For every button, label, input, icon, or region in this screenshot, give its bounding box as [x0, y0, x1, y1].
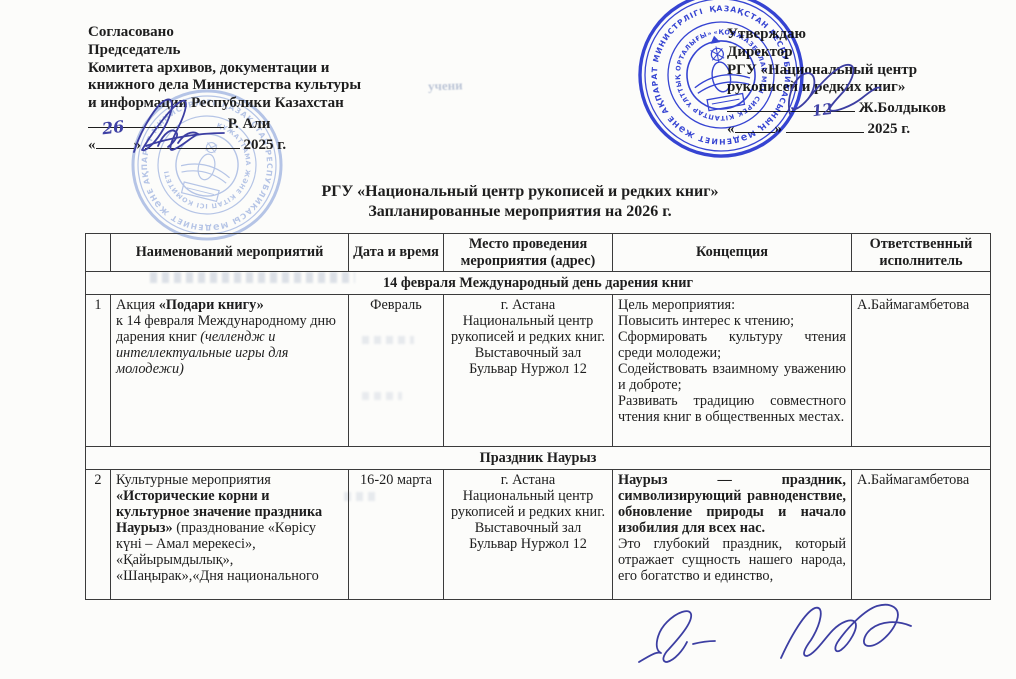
event-date: 16-20 марта: [349, 470, 444, 600]
col-header-num: [86, 234, 111, 272]
year-label: 2025 г.: [868, 121, 911, 137]
document-title: РГУ «Национальный центр рукописей и редк…: [70, 182, 970, 221]
section-row-nauryz: Праздник Наурыз: [86, 447, 991, 470]
month-blank: 12: [786, 118, 864, 133]
title-line-2: Запланированные мероприятия на 2026 г.: [70, 202, 970, 222]
event-responsible: А.Баймагамбетова: [852, 470, 991, 600]
event-place: г. Астана Национальный центр рукописей и…: [444, 295, 613, 447]
col-header-date: Дата и время: [349, 234, 444, 272]
approval-left-line: и информации Республики Казахстан: [88, 95, 468, 113]
day-blank: 26: [96, 134, 134, 149]
events-table: Наименований мероприятий Дата и время Ме…: [85, 233, 991, 600]
handwritten-day: 26: [100, 117, 124, 137]
event-name: Акция «Подари книгу» к 14 февраля Междун…: [111, 295, 349, 447]
approval-left-line: Комитета архивов, документации и: [88, 60, 468, 78]
approval-right-line: Директор: [727, 44, 977, 62]
section-title: Праздник Наурыз: [86, 447, 991, 470]
table-header-row: Наименований мероприятий Дата и время Ме…: [86, 234, 991, 272]
col-header-place: Место проведения мероприятия (адрес): [444, 234, 613, 272]
event-number: 1: [86, 295, 111, 447]
event-date: Февраль: [349, 295, 444, 447]
col-header-name: Наименований мероприятий: [111, 234, 349, 272]
month-blank: [145, 134, 240, 149]
event-number: 2: [86, 470, 111, 600]
section-row-gift-day: 14 февраля Международный день дарения кн…: [86, 272, 991, 295]
approval-left-line: Председатель: [88, 42, 468, 60]
title-line-1: РГУ «Национальный центр рукописей и редк…: [70, 182, 970, 202]
signatory-name: Ж.Болдыков: [859, 100, 946, 116]
day-blank: [735, 118, 775, 133]
signature-line-left: Р. Али: [88, 113, 468, 134]
event-place: г. Астана Национальный центр рукописей и…: [444, 470, 613, 600]
date-line-left: «26» 2025 г.: [88, 134, 468, 155]
approval-right-line: РГУ «Национальный центр: [727, 62, 977, 80]
event-concept: Цель мероприятия: Повысить интерес к чте…: [613, 295, 852, 447]
section-title: 14 февраля Международный день дарения кн…: [86, 272, 991, 295]
col-header-concept: Концепция: [613, 234, 852, 272]
signatory-name: Р. Али: [228, 116, 271, 132]
event-row-2: 2 Культурные мероприятия «Исторические к…: [86, 470, 991, 600]
approval-block-left: Согласовано Председатель Комитета архиво…: [88, 24, 468, 155]
approval-left-line: книжного дела Министерства культуры: [88, 77, 468, 95]
col-header-responsible: Ответственный исполнитель: [852, 234, 991, 272]
handwritten-month: 12: [811, 101, 834, 121]
signature-ink-bottom-1: [633, 604, 751, 670]
date-line-right: «» 12 2025 г.: [727, 118, 977, 139]
signature-line-right: Ж.Болдыков: [727, 97, 977, 118]
approval-right-line: рукописей и редких книг»: [727, 79, 977, 97]
signature-ink-bottom-2: [773, 594, 921, 672]
year-label: 2025 г.: [244, 137, 287, 153]
event-row-1: 1 Акция «Подари книгу» к 14 февраля Межд…: [86, 295, 991, 447]
event-name: Культурные мероприятия «Исторические кор…: [111, 470, 349, 600]
approval-right-line: Утверждаю: [727, 26, 977, 44]
approval-block-right: Утверждаю Директор РГУ «Национальный цен…: [727, 26, 977, 139]
event-concept: Наурыз — праздник, символизирующий равно…: [613, 470, 852, 600]
signature-underline: [727, 97, 855, 112]
event-responsible: А.Баймагамбетова: [852, 295, 991, 447]
document-page: ҚАЗАҚСТАН РЕСПУБЛИКАСЫ МӘДЕНИЕТ ЖӘНЕ АҚП…: [0, 0, 1016, 679]
approval-left-line: Согласовано: [88, 24, 468, 42]
